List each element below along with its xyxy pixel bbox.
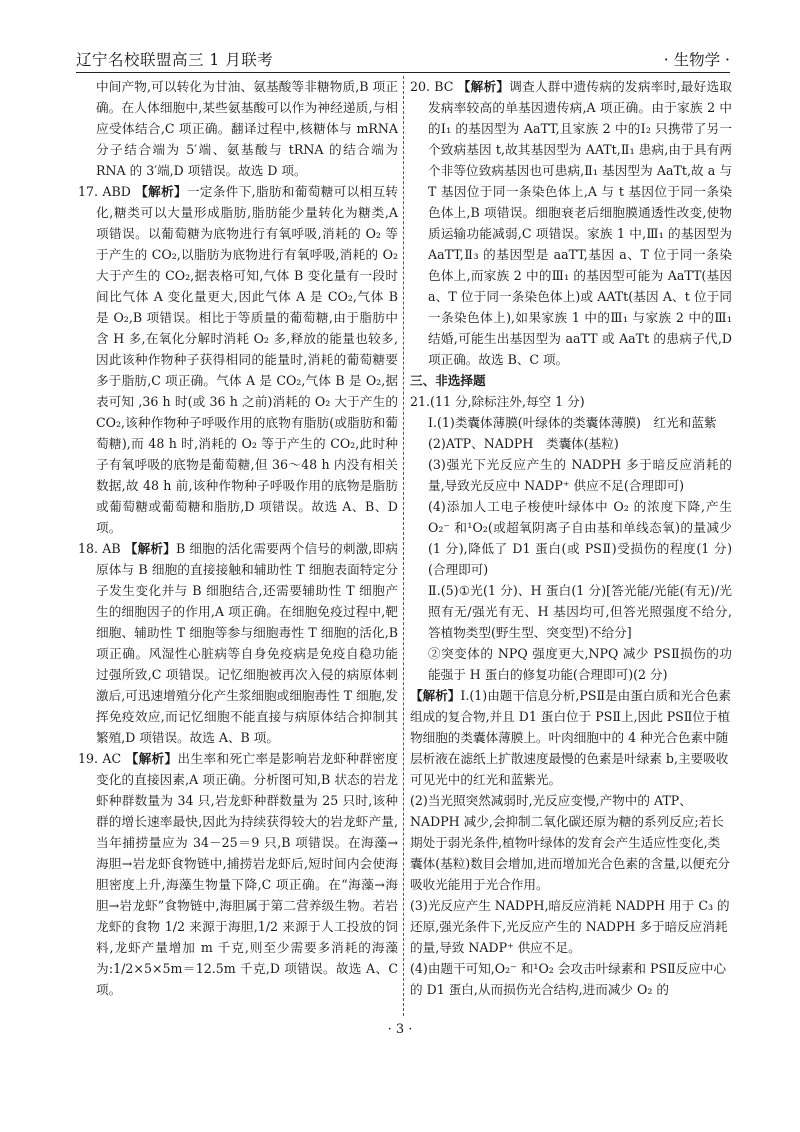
q16-continuation: 中间产物,可以转化为甘油、氨基酸等非糖物质,B 项正确。在人体细胞中,某些氨基酸… — [78, 76, 398, 181]
analysis-4: (4)由题干可知,O₂⁻ 和¹O₂ 会攻击叶绿素和 PSⅡ反应中心的 D1 蛋白… — [410, 958, 732, 1000]
answer-21-part1-q2: (2)ATP、NADPH 类囊体(基粒) — [410, 433, 732, 454]
answer-21-part2-q5-2: ②突变体的 NPQ 强度更大,NPQ 减少 PSⅡ损伤的功能强于 H 蛋白的修复… — [410, 643, 732, 685]
analysis-tag: 【解析】 — [135, 184, 187, 199]
analysis-3: (3)光反应产生 NADPH,暗反应消耗 NADPH 用于 C₃ 的还原,强光条… — [410, 895, 732, 958]
answer-18: 18. AB 【解析】B 细胞的活化需要两个信号的刺激,即病原体与 B 细胞的直… — [78, 538, 398, 748]
answer-17-number: 17. ABD — [78, 184, 131, 199]
answer-19: 19. AC 【解析】出生率和死亡率是影响岩龙虾种群密度变化的直接因素,A 项正… — [78, 748, 398, 1000]
exam-title: 辽宁名校联盟高三 1 月联考 — [76, 48, 273, 70]
answer-21-part2-q5-1: Ⅱ.(5)①光(1 分)、H 蛋白(1 分)[答光能/光能(有无)/光照有无/强… — [410, 580, 732, 643]
answer-21-part1-q1: Ⅰ.(1)类囊体薄膜(叶绿体的类囊体薄膜) 红光和蓝紫 — [410, 412, 732, 433]
answer-20: 20. BC 【解析】调查人群中遗传病的发病率时,最好选取发病率较高的单基因遗传… — [410, 76, 732, 370]
page-header: 辽宁名校联盟高三 1 月联考 · 生物学 · — [76, 50, 730, 73]
answer-19-number: 19. AC — [78, 751, 121, 766]
answer-17: 17. ABD 【解析】一定条件下,脂肪和葡萄糖可以相互转化,糖类可以大量形成脂… — [78, 181, 398, 538]
answer-20-number: 20. BC — [410, 79, 453, 94]
analysis-2: (2)当光照突然减弱时,光反应变慢,产物中的 ATP、NADPH 减少,会抑制二… — [410, 790, 732, 895]
answer-21-heading: 21.(11 分,除标注外,每空 1 分) — [410, 391, 732, 412]
analysis-tag: 【解析】 — [126, 751, 178, 766]
answer-19-text: 出生率和死亡率是影响岩龙虾种群密度变化的直接因素,A 项正确。分析图可知,B 状… — [96, 751, 398, 997]
analysis-tag: 【解析】 — [125, 541, 176, 556]
section-heading: 三、非选择题 — [410, 370, 732, 391]
answer-21-part1-q3: (3)强光下光反应产生的 NADPH 多于暗反应消耗的量,导致光反应中 NADP… — [410, 454, 732, 496]
left-column: 中间产物,可以转化为甘油、氨基酸等非糖物质,B 项正确。在人体细胞中,某些氨基酸… — [78, 76, 398, 1000]
answer-18-text: B 细胞的活化需要两个信号的刺激,即病原体与 B 细胞的直接接触和辅助性 T 细… — [96, 541, 398, 745]
answer-20-text: 调查人群中遗传病的发病率时,最好选取发病率较高的单基因遗传病,A 项正确。由于家… — [428, 79, 732, 367]
answer-21-part1-q4: (4)添加人工电子梭使叶绿体中 O₂ 的浓度下降,产生 O₂⁻ 和¹O₂(或超氧… — [410, 496, 732, 580]
column-divider — [403, 76, 404, 1016]
page-number: · 3 · — [0, 1022, 800, 1037]
right-column: 20. BC 【解析】调查人群中遗传病的发病率时,最好选取发病率较高的单基因遗传… — [410, 76, 732, 1000]
subject-label: · 生物学 · — [664, 48, 730, 70]
answer-21-analysis: 【解析】Ⅰ.(1)由题干信息分析,PSⅡ是由蛋白质和光合色素组成的复合物,并且 … — [410, 685, 732, 790]
answer-18-number: 18. AB — [78, 541, 121, 556]
analysis-tag: 【解析】 — [458, 79, 509, 94]
analysis-tag: 【解析】 — [410, 688, 460, 703]
answer-17-text: 一定条件下,脂肪和葡萄糖可以相互转化,糖类可以大量形成脂肪,脂肪能少量转化为糖类… — [96, 184, 398, 535]
